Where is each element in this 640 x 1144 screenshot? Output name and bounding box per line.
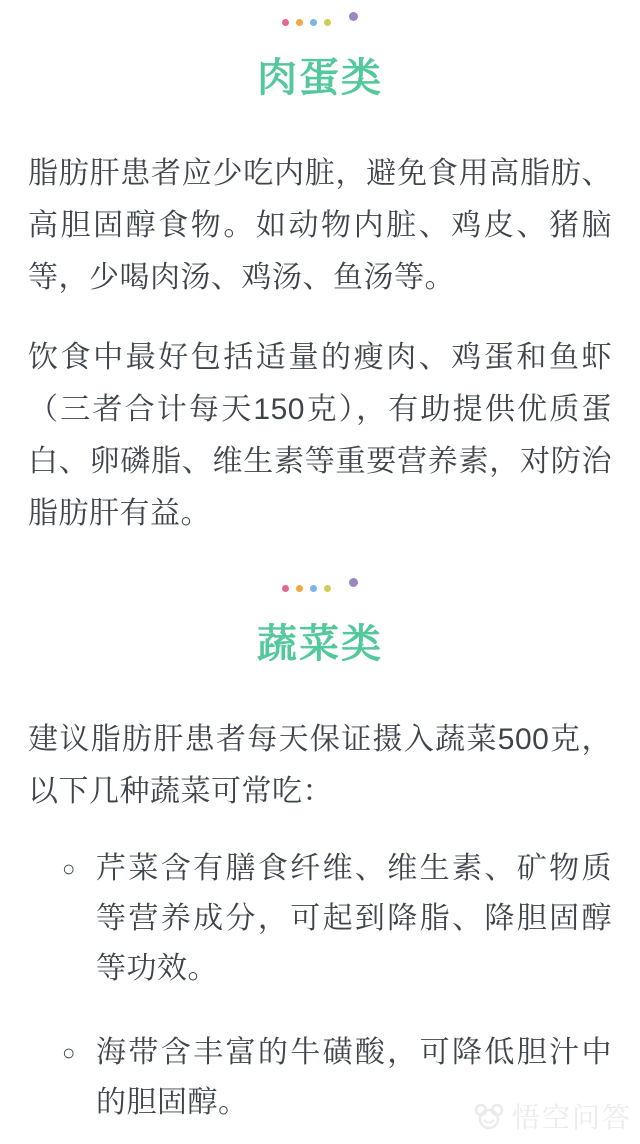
list-item-celery: ○ 芹菜含有膳食纤维、维生素、矿物质等营养成分，可起到降脂、降胆固醇等功效。: [62, 844, 612, 994]
bullet-circle-icon: ○: [62, 844, 96, 894]
vegetable-list: ○ 芹菜含有膳食纤维、维生素、矿物质等营养成分，可起到降脂、降胆固醇等功效。 ○…: [28, 844, 612, 1128]
watermark: 悟空问答: [472, 1096, 632, 1136]
divider-dot-icon: [296, 19, 303, 26]
divider-dot-icon: [296, 585, 303, 592]
divider-dot-icon: [310, 585, 317, 592]
bullet-circle-icon: ○: [62, 1028, 96, 1078]
section-divider-dots: [28, 14, 612, 26]
watermark-label: 悟空问答: [512, 1096, 632, 1136]
divider-dot-icon: [282, 19, 289, 26]
divider-dot-icon: [324, 19, 331, 26]
paragraph-meat-egg-2: 饮食中最好包括适量的瘦肉、鸡蛋和鱼虾（三者合计每天150克），有助提供优质蛋白、…: [28, 332, 612, 540]
section-heading-vegetable: 蔬菜类: [28, 620, 612, 668]
section-vegetable: 蔬菜类 建议脂肪肝患者每天保证摄入蔬菜500克，以下几种蔬菜可常吃： ○ 芹菜含…: [28, 580, 612, 1128]
divider-dot-icon: [282, 585, 289, 592]
divider-accent-dot-icon: [349, 578, 358, 587]
wukong-monkey-logo-icon: [472, 1100, 506, 1132]
article-page: 肉蛋类 脂肪肝患者应少吃内脏，避免食用高脂肪、高胆固醇食物。如动物内脏、鸡皮、猪…: [0, 0, 640, 1144]
section-divider-dots: [28, 580, 612, 592]
list-item-text: 芹菜含有膳食纤维、维生素、矿物质等营养成分，可起到降脂、降胆固醇等功效。: [96, 844, 612, 994]
divider-dot-icon: [324, 585, 331, 592]
divider-dot-icon: [310, 19, 317, 26]
paragraph-meat-egg-1: 脂肪肝患者应少吃内脏，避免食用高脂肪、高胆固醇食物。如动物内脏、鸡皮、猪脑等，少…: [28, 148, 612, 304]
section-meat-egg: 肉蛋类 脂肪肝患者应少吃内脏，避免食用高脂肪、高胆固醇食物。如动物内脏、鸡皮、猪…: [28, 14, 612, 540]
paragraph-vegetable-intro: 建议脂肪肝患者每天保证摄入蔬菜500克，以下几种蔬菜可常吃：: [28, 714, 612, 818]
divider-accent-dot-icon: [349, 12, 358, 21]
section-heading-meat-egg: 肉蛋类: [28, 54, 612, 102]
